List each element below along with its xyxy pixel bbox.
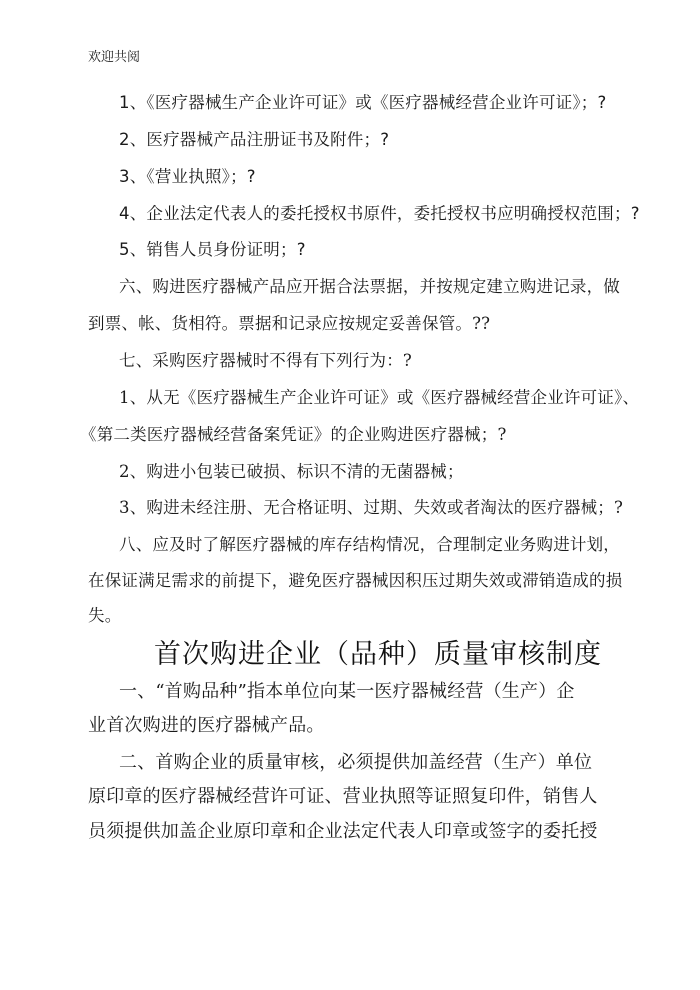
list-item: 2、购进小包装已破损、标识不清的无菌器械；	[119, 461, 649, 483]
paragraph-line: 在保证满足需求的前提下，避免医疗器械因积压过期失效或滞销造成的损	[88, 570, 618, 592]
list-item: 5、销售人员身份证明；?	[119, 239, 649, 261]
list-item: 3、购进未经注册、无合格证明、过期、失效或者淘汰的医疗器械；?	[119, 497, 649, 519]
paragraph-line: 六、购进医疗器械产品应开据合法票据，并按规定建立购进记录，做	[119, 276, 649, 298]
paragraph-line: 到票、帐、货相符。票据和记录应按规定妥善保管。??	[88, 313, 618, 335]
paragraph-line: 二、首购企业的质量审核，必须提供加盖经营（生产）单位	[119, 751, 649, 775]
list-item: 3、《营业执照》；?	[119, 166, 649, 188]
paragraph-heading: 七、采购医疗器械时不得有下列行为：?	[119, 350, 649, 372]
paragraph-line: 一、“首购品种”指本单位向某一医疗器械经营（生产）企	[119, 680, 649, 704]
paragraph-line: 原印章的医疗器械经营许可证、营业执照等证照复印件，销售人	[88, 785, 618, 809]
list-item: 1、《医疗器械生产企业许可证》或《医疗器械经营企业许可证》；?	[119, 92, 649, 114]
paragraph-line: 员须提供加盖企业原印章和企业法定代表人印章或签字的委托授	[88, 820, 618, 844]
page-header: 欢迎共阅	[88, 49, 140, 67]
list-item: 4、企业法定代表人的委托授权书原件，委托授权书应明确授权范围；?	[119, 203, 649, 225]
list-item: 1、从无《医疗器械生产企业许可证》或《医疗器械经营企业许可证》、	[119, 387, 649, 409]
paragraph-line: 八、应及时了解医疗器械的库存结构情况，合理制定业务购进计划，	[119, 534, 649, 556]
paragraph-line: 业首次购进的医疗器械产品。	[88, 714, 618, 738]
paragraph-line: 失。	[88, 605, 618, 627]
list-item-continuation: 《第二类医疗器械经营备案凭证》的企业购进医疗器械；?	[80, 424, 610, 446]
document-page: 欢迎共阅 1、《医疗器械生产企业许可证》或《医疗器械经营企业许可证》；? 2、医…	[0, 0, 700, 990]
list-item: 2、医疗器械产品注册证书及附件；?	[119, 129, 649, 151]
section-title: 首次购进企业（品种）质量审核制度	[0, 636, 700, 674]
